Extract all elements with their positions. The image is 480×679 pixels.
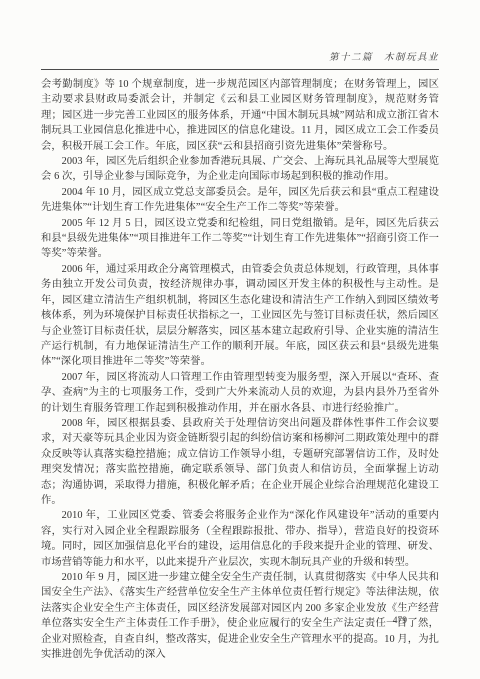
paragraph: 2005 年 12 月 5 日，园区设立党委和纪检组，同日党组撤销。是年，园区先…: [41, 216, 439, 262]
paragraph: 2008 年，园区根据县委、县政府关于处理信访突出问题及群体性事件工作会议要求，…: [41, 416, 439, 508]
header-rule: [41, 69, 439, 70]
text-column: 第十二篇 木制玩具业 会考勤制度》等 10 个规章制度，进一步规范园区内部管理制…: [41, 0, 439, 662]
paragraph: 2004 年 10 月，园区成立党总支部委员会。是年，园区先后获云和县“重点工程…: [41, 185, 439, 216]
document-page: 第十二篇 木制玩具业 会考勤制度》等 10 个规章制度，进一步规范园区内部管理制…: [0, 0, 480, 679]
paragraph: 2006 年，通过采用政企分离管理模式，由管委会负责总体规划，行政管理，具体事务…: [41, 262, 439, 370]
page-body: 会考勤制度》等 10 个规章制度，进一步规范园区内部管理制度；在财务管理上，园区…: [41, 77, 439, 662]
page-number: 479: [41, 616, 407, 626]
paragraph: 2010 年，工业园区党委、管委会将服务企业作为“深化作风建设年”活动的重要内容…: [41, 508, 439, 570]
running-header: 第十二篇 木制玩具业: [41, 52, 439, 64]
paragraph: 2007 年，园区将流动人口管理工作由管理型转变为服务型，深入开展以“查环、查孕…: [41, 370, 439, 416]
paragraph: 会考勤制度》等 10 个规章制度，进一步规范园区内部管理制度；在财务管理上，园区…: [41, 77, 439, 154]
paragraph: 2003 年，园区先后组织企业参加香港玩具展、广交会、上海玩具礼品展等大型展览会…: [41, 154, 439, 185]
